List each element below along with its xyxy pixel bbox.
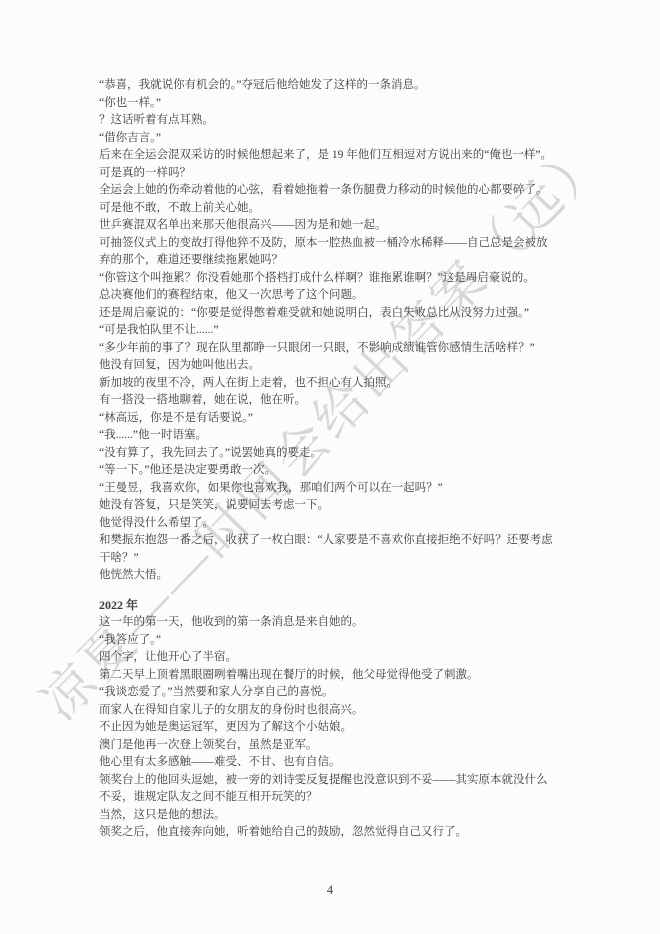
text-line: 弃的那个，难道还要继续拖累她吗？	[99, 252, 599, 270]
text-line: “我答应了。”	[99, 632, 599, 650]
text-line: 这一年的第一天，他收到的第一条消息是来自她的。	[99, 614, 599, 632]
text-line: 全运会上她的伤牵动着他的心弦，看着她拖着一条伤腿费力移动的时候他的心都要碎了。	[99, 182, 599, 200]
text-line: 领奖之后，他直接奔向她，听着她给自己的鼓励，忽然觉得自己又行了。	[99, 824, 599, 842]
story-part-1: “恭喜，我就说你有机会的。”夺冠后他给她发了这样的一条消息。“你也一样。”？这话…	[99, 77, 599, 585]
text-line: 她没有答复，只是笑笑，说要回去考虑一下。	[99, 497, 599, 515]
text-line: 可是真的一样吗？	[99, 165, 599, 183]
story-part-2: 这一年的第一天，他收到的第一条消息是来自她的。“我答应了。”四个字，让他开心了半…	[99, 614, 599, 842]
text-line: “我......”他一时语塞。	[99, 427, 599, 445]
text-line: 他心里有太多感触——难受、不甘、也有自信。	[99, 754, 599, 772]
text-line: 有一搭没一搭地聊着，她在说，他在听。	[99, 392, 599, 410]
text-body: “恭喜，我就说你有机会的。”夺冠后他给她发了这样的一条消息。“你也一样。”？这话…	[99, 77, 599, 842]
text-line: 和樊振东抱怨一番之后，收获了一枚白眼：“人家要是不喜欢你直接拒绝不好吗？还要考虑	[99, 532, 599, 550]
document-page: 凉夏——时间会给出答案（远） “恭喜，我就说你有机会的。”夺冠后他给她发了这样的…	[0, 0, 660, 934]
text-line: “林高远，你是不是有话要说。”	[99, 410, 599, 428]
text-line: 不止因为她是奥运冠军，更因为了解这个小姑娘。	[99, 719, 599, 737]
text-line: 四个字，让他开心了半宿。	[99, 649, 599, 667]
text-line: 可抽签仪式上的变故打得他猝不及防，原本一腔热血被一桶冷水稀释——自己总是会被放	[99, 235, 599, 253]
text-line: “借你吉言。”	[99, 130, 599, 148]
text-line: 他觉得没什么希望了。	[99, 515, 599, 533]
section-heading-2022: 2022 年	[99, 597, 599, 615]
text-line: ？这话听着有点耳熟。	[99, 112, 599, 130]
text-line: 新加坡的夜里不冷，两人在街上走着，也不担心有人拍照。	[99, 375, 599, 393]
text-line: 他没有回复，因为她叫他出去。	[99, 357, 599, 375]
text-line: “没有算了，我先回去了。”说罢她真的要走。	[99, 445, 599, 463]
text-line: 领奖台上的他回头逗她，被一旁的刘诗雯反复提醒也没意识到不妥——其实原本就没什么	[99, 772, 599, 790]
text-line: “你管这个叫拖累？你没看她那个搭档打成什么样啊？谁拖累谁啊？”这是周启豪说的。	[99, 270, 599, 288]
text-line: “多少年前的事了？现在队里都睁一只眼闭一只眼，不影响成绩谁管你感情生活啥样？”	[99, 340, 599, 358]
text-line: “王曼昱，我喜欢你，如果你也喜欢我，那咱们两个可以在一起吗？”	[99, 480, 599, 498]
text-line: 可是他不敢，不敢上前关心她。	[99, 200, 599, 218]
page-number: 4	[0, 883, 660, 898]
text-line: 还是周启豪说的：“你要是觉得憋着难受就和她说明白，表白失败总比从没努力过强。”	[99, 305, 599, 323]
text-line: 后来在全运会混双采访的时候他想起来了，是 19 年他们互相逗对方说出来的“俺也一…	[99, 147, 599, 165]
text-line: 不妥，谁规定队友之间不能互相开玩笑的？	[99, 789, 599, 807]
text-line: 世乒赛混双名单出来那天他很高兴——因为是和她一起。	[99, 217, 599, 235]
text-line: 第二天早上顶着黑眼圈咧着嘴出现在餐厅的时候，他父母觉得他受了刺激。	[99, 667, 599, 685]
text-line: “等一下。”他还是决定要勇敢一次。	[99, 462, 599, 480]
text-line: 澳门是他再一次登上领奖台，虽然是亚军。	[99, 737, 599, 755]
text-line: “可是我怕队里不让......”	[99, 322, 599, 340]
text-line: 干啥？”	[99, 550, 599, 568]
text-line: “我谈恋爱了。”当然要和家人分享自己的喜悦。	[99, 684, 599, 702]
text-line: 总决赛他们的赛程结束，他又一次思考了这个问题。	[99, 287, 599, 305]
text-line: “恭喜，我就说你有机会的。”夺冠后他给她发了这样的一条消息。	[99, 77, 599, 95]
text-line: “你也一样。”	[99, 95, 599, 113]
text-line: 当然，这只是他的想法。	[99, 807, 599, 825]
text-line: 他恍然大悟。	[99, 567, 599, 585]
text-line: 而家人在得知自家儿子的女朋友的身份时也很高兴。	[99, 702, 599, 720]
